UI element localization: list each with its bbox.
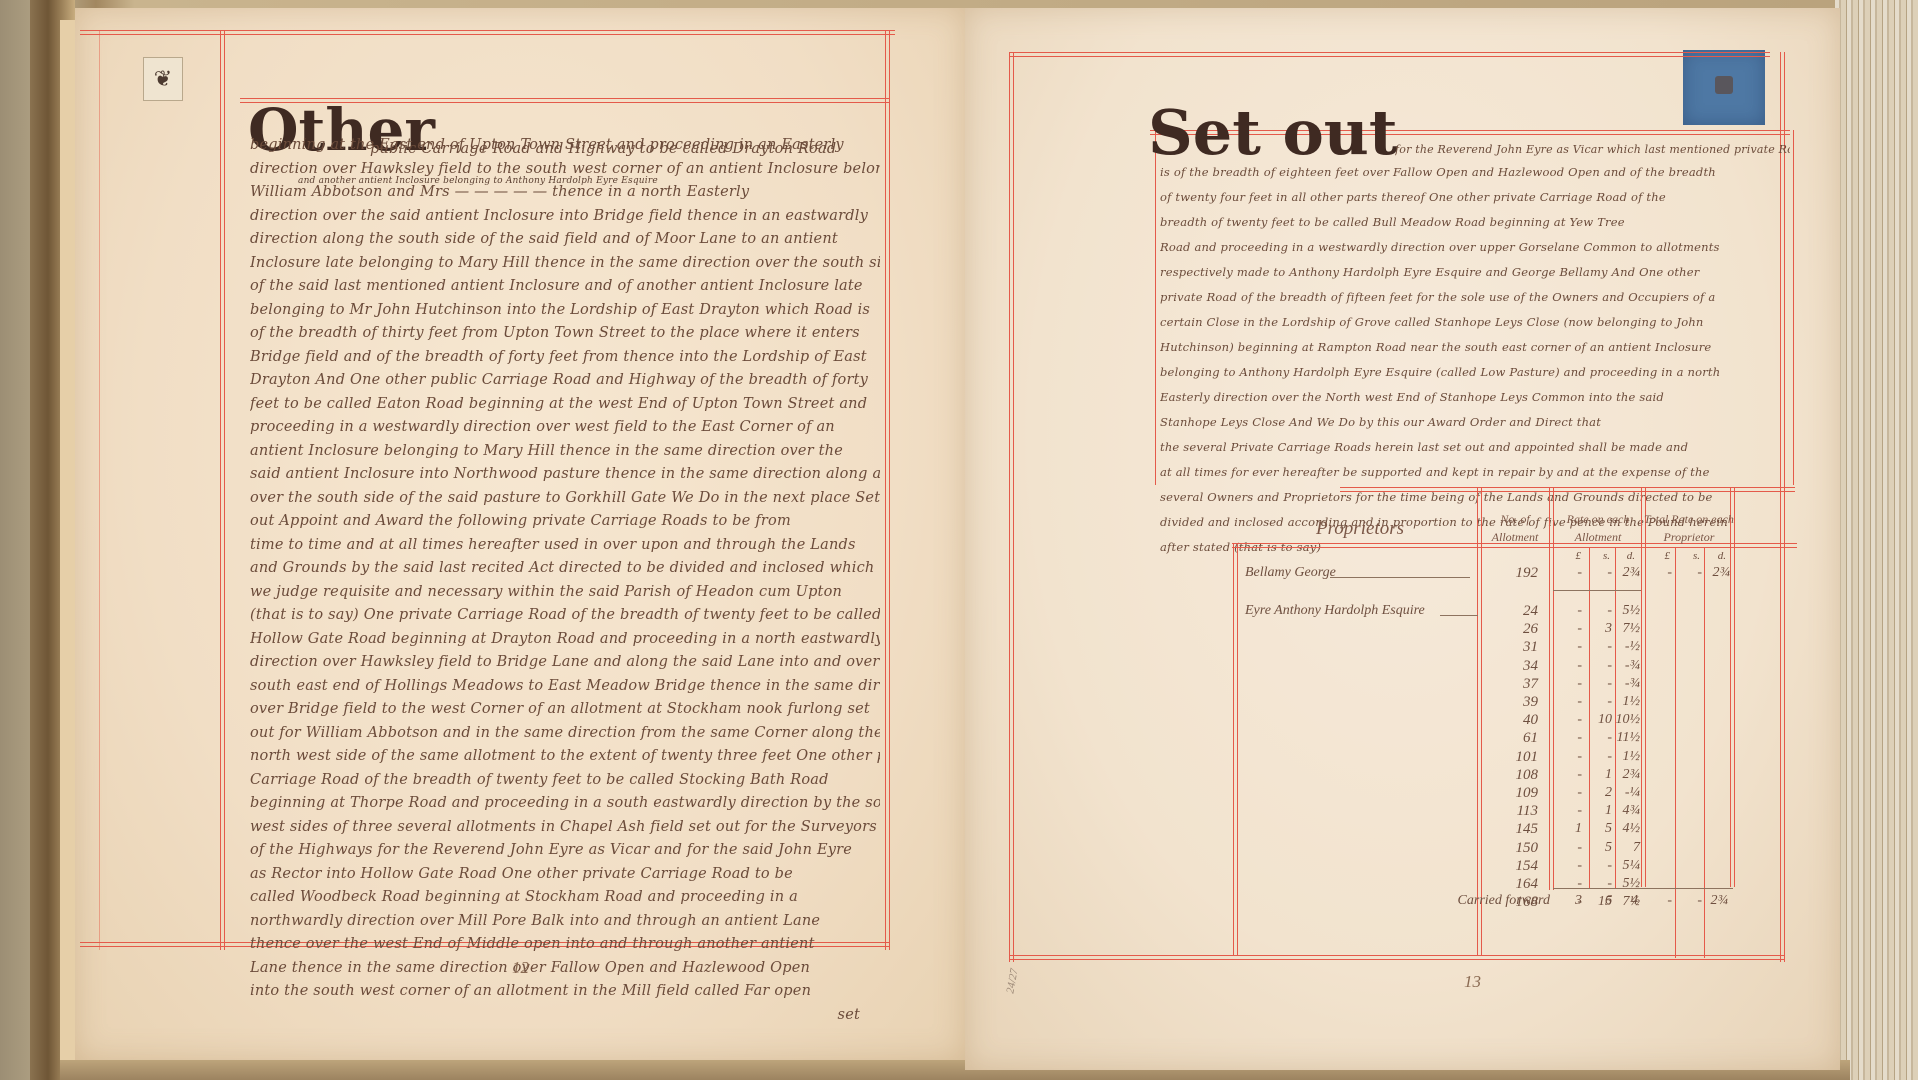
ruling-line — [885, 30, 886, 950]
table-cell-s: 3 — [1588, 621, 1612, 637]
page-number-right: 13 — [1464, 972, 1481, 992]
table-rule — [1549, 487, 1550, 890]
table-cell-l: - — [1558, 639, 1582, 655]
text-line: said antient Inclosure into Northwood pa… — [250, 463, 880, 487]
right-page-first-line: for the Reverend John Eyre as Vicar whic… — [1395, 138, 1790, 162]
text-line: Drayton And One other public Carriage Ro… — [250, 369, 880, 393]
table-cell-l: - — [1558, 730, 1582, 746]
text-line: belonging to Mr John Hutchinson into the… — [250, 299, 880, 323]
table-cell-l: - — [1558, 785, 1582, 801]
table-rule — [1340, 491, 1795, 492]
ruling-line — [1010, 959, 1785, 960]
table-cell-l: - — [1558, 694, 1582, 710]
ruling-line — [80, 34, 895, 35]
table-cell-l: - — [1558, 565, 1582, 581]
table-cell-s: - — [1588, 658, 1612, 674]
table-cell-d: 2¾ — [1612, 565, 1640, 581]
text-line: several Owners and Proprietors for the t… — [1160, 485, 1785, 510]
text-line: respectively made to Anthony Hardolph Ey… — [1160, 260, 1785, 285]
table-cell-s: - — [1588, 676, 1612, 692]
table-cell-allotment: 34 — [1488, 658, 1538, 675]
text-line: set — [250, 1004, 880, 1028]
table-rule — [1233, 543, 1234, 955]
table-cell-l: - — [1558, 603, 1582, 619]
table-rule — [1477, 487, 1478, 955]
carried-forward-label: Carried forward — [1400, 893, 1550, 909]
sum-line — [1553, 590, 1641, 591]
table-cell-l: - — [1558, 840, 1582, 856]
table-cell-l: - — [1558, 858, 1582, 874]
table-cell-allotment: 37 — [1488, 676, 1538, 693]
ruling-line — [1013, 52, 1014, 962]
revenue-stamp-icon — [1683, 50, 1765, 125]
table-cell-s: - — [1588, 876, 1612, 892]
table-cell-allotment: 61 — [1488, 730, 1538, 747]
table-cell-d: 7½ — [1612, 621, 1640, 637]
table-cell-s: - — [1588, 749, 1612, 765]
table-cell-d: 1½ — [1612, 749, 1640, 765]
table-cell-allotment: 108 — [1488, 767, 1538, 784]
text-line: south east end of Hollings Meadows to Ea… — [250, 675, 880, 699]
table-cell-allotment: 26 — [1488, 621, 1538, 638]
text-line: private Road of the breadth of fifteen f… — [1160, 285, 1785, 310]
text-line: over the south side of the said pasture … — [250, 487, 880, 511]
table-cell-s: 5 — [1588, 821, 1612, 837]
text-line: of the Highways for the Reverend John Ey… — [250, 839, 880, 863]
left-page-body: beginning at the East end of Upton Town … — [250, 134, 880, 1027]
text-line: thence over the west End of Middle open … — [250, 933, 880, 957]
left-page-first-line: public Carriage Road and Highway to be c… — [370, 138, 890, 162]
text-line: public Carriage Road and Highway to be c… — [370, 138, 890, 162]
table-cell-d: 5½ — [1612, 603, 1640, 619]
table-cell-d: -½ — [1612, 639, 1640, 655]
ruling-line — [1010, 56, 1770, 57]
text-line: we judge requisite and necessary within … — [250, 581, 880, 605]
leader-line — [1440, 615, 1478, 616]
table-cell-d: -¾ — [1612, 658, 1640, 674]
table-cell-allotment: 24 — [1488, 603, 1538, 620]
page-number-left: 12 — [512, 958, 529, 978]
ruling-line — [80, 30, 895, 31]
text-line: beginning at Thorpe Road and proceeding … — [250, 792, 880, 816]
table-rule — [1641, 487, 1642, 887]
ruling-line — [1009, 52, 1010, 962]
table-cell-d: 2¾ — [1612, 767, 1640, 783]
table-header-rate-each: Rate on each Allotment — [1552, 510, 1644, 546]
table-cell-d: 10½ — [1612, 712, 1640, 728]
text-line: antient Inclosure belonging to Mary Hill… — [250, 440, 880, 464]
table-header-proprietors: Proprietors — [1290, 520, 1430, 538]
table-cell-allotment: 150 — [1488, 840, 1538, 857]
table-cell-tl: - — [1650, 565, 1672, 581]
text-line: time to time and at all times hereafter … — [250, 534, 880, 558]
table-cell-d: -¼ — [1612, 785, 1640, 801]
text-line: and Grounds by the said last recited Act… — [250, 557, 880, 581]
table-cell-s: 10 — [1588, 712, 1612, 728]
text-line: out Appoint and Award the following priv… — [250, 510, 880, 534]
table-cell-allotment: 40 — [1488, 712, 1538, 729]
table-cell-allotment: 31 — [1488, 639, 1538, 656]
proprietor-name: Eyre Anthony Hardolph Esquire — [1245, 603, 1425, 619]
text-line: northwardly direction over Mill Pore Bal… — [250, 910, 880, 934]
carried-forward-total-pence: 2¾ — [1704, 893, 1728, 909]
text-line: certain Close in the Lordship of Grove c… — [1160, 310, 1785, 335]
table-cell-allotment: 154 — [1488, 858, 1538, 875]
table-cell-td: 2¾ — [1704, 565, 1730, 581]
table-rule — [1734, 487, 1735, 887]
carried-forward-pounds: 3 — [1558, 893, 1582, 909]
ruling-line — [1010, 52, 1770, 53]
table-cell-allotment: 39 — [1488, 694, 1538, 711]
table-cell-d: 4¾ — [1612, 803, 1640, 819]
table-cell-l: - — [1558, 767, 1582, 783]
currency-pounds: £ — [1565, 550, 1581, 562]
table-cell-allotment: 101 — [1488, 749, 1538, 766]
table-cell-d: 1½ — [1612, 694, 1640, 710]
currency-pounds: £ — [1654, 550, 1670, 562]
table-cell-s: 1 — [1588, 767, 1612, 783]
table-rule — [1553, 487, 1554, 890]
ruling-line — [889, 30, 890, 950]
table-cell-allotment: 109 — [1488, 785, 1538, 802]
text-line: direction over Hawksley field to Bridge … — [250, 651, 880, 675]
table-cell-allotment: 145 — [1488, 821, 1538, 838]
table-cell-s: - — [1588, 639, 1612, 655]
currency-shillings: s. — [1594, 550, 1610, 562]
carried-forward-total-pounds: - — [1650, 893, 1672, 909]
table-rule — [1232, 547, 1797, 548]
text-line: Hollow Gate Road beginning at Drayton Ro… — [250, 628, 880, 652]
leader-line — [1330, 577, 1470, 578]
text-line: called Woodbeck Road beginning at Stockh… — [250, 886, 880, 910]
table-rule — [1675, 548, 1676, 958]
proprietor-name: Bellamy George — [1245, 565, 1336, 581]
table-rule — [1730, 487, 1731, 887]
text-line: Carriage Road of the breadth of twenty f… — [250, 769, 880, 793]
table-cell-l: - — [1558, 676, 1582, 692]
table-rule — [1340, 487, 1795, 488]
text-line: Lane thence in the same direction over F… — [250, 957, 880, 981]
text-line: of the said last mentioned antient Inclo… — [250, 275, 880, 299]
table-cell-l: - — [1558, 658, 1582, 674]
carried-forward-total-shillings: - — [1680, 893, 1702, 909]
embossed-seal-icon: ❦ — [143, 57, 183, 101]
table-cell-allotment: 164 — [1488, 876, 1538, 893]
text-line: for the Reverend John Eyre as Vicar whic… — [1395, 138, 1790, 162]
text-line: at all times for ever hereafter be suppo… — [1160, 460, 1785, 485]
text-line: out for William Abbotson and in the same… — [250, 722, 880, 746]
table-rule — [1481, 487, 1482, 955]
table-cell-allotment: 192 — [1488, 565, 1538, 582]
carried-forward-shillings: 6 — [1590, 893, 1612, 909]
text-line: direction over the said antient Inclosur… — [250, 205, 880, 229]
table-cell-s: - — [1588, 603, 1612, 619]
text-line: feet to be called Eaton Road beginning a… — [250, 393, 880, 417]
table-header-total-rate: Total Rate on each Proprietor — [1644, 510, 1734, 546]
text-line: Easterly direction over the North west E… — [1160, 385, 1785, 410]
drop-cap-heading: Set out — [1148, 100, 1398, 166]
ruling-line — [220, 30, 221, 950]
sum-line — [1553, 888, 1733, 889]
table-cell-s: - — [1588, 565, 1612, 581]
table-cell-d: 4½ — [1612, 821, 1640, 837]
table-cell-s: - — [1588, 694, 1612, 710]
currency-shillings: s. — [1684, 550, 1700, 562]
text-line: breadth of twenty feet to be called Bull… — [1160, 210, 1785, 235]
text-line: direction along the south side of the sa… — [250, 228, 880, 252]
text-line: Road and proceeding in a westwardly dire… — [1160, 235, 1785, 260]
text-line: belonging to Anthony Hardolph Eyre Esqui… — [1160, 360, 1785, 385]
ruling-line — [1010, 955, 1785, 956]
text-line: over Bridge field to the west Corner of … — [250, 698, 880, 722]
text-line: of twenty four feet in all other parts t… — [1160, 185, 1785, 210]
text-line: Bridge field and of the breadth of forty… — [250, 346, 880, 370]
carried-forward-pence: 4 — [1614, 893, 1638, 909]
ruling-line — [99, 30, 100, 950]
table-cell-s: - — [1588, 858, 1612, 874]
table-cell-s: - — [1588, 730, 1612, 746]
text-line: as Rector into Hollow Gate Road One othe… — [250, 863, 880, 887]
table-header-allotment-no: No. of Allotment — [1480, 510, 1550, 546]
currency-pence: d. — [1619, 550, 1635, 562]
ruling-line — [1155, 130, 1156, 485]
table-rule — [1645, 487, 1646, 887]
text-line: Hutchinson) beginning at Rampton Road ne… — [1160, 335, 1785, 360]
table-cell-l: - — [1558, 712, 1582, 728]
table-cell-d: 5¼ — [1612, 858, 1640, 874]
table-cell-l: - — [1558, 621, 1582, 637]
table-cell-l: - — [1558, 749, 1582, 765]
table-cell-l: - — [1558, 803, 1582, 819]
table-cell-l: 1 — [1558, 821, 1582, 837]
interlinear-note: and another antient Inclosure belonging … — [298, 176, 658, 186]
text-line: (that is to say) One private Carriage Ro… — [250, 604, 880, 628]
table-cell-d: -¾ — [1612, 676, 1640, 692]
table-cell-ts: - — [1680, 565, 1702, 581]
page-stack-right — [1835, 0, 1918, 1080]
text-line: west sides of three several allotments i… — [250, 816, 880, 840]
currency-pence: d. — [1710, 550, 1726, 562]
text-line: Inclosure late belonging to Mary Hill th… — [250, 252, 880, 276]
text-line: is of the breadth of eighteen feet over … — [1160, 160, 1785, 185]
table-cell-s: 5 — [1588, 840, 1612, 856]
table-cell-s: 1 — [1588, 803, 1612, 819]
text-line: proceeding in a westwardly direction ove… — [250, 416, 880, 440]
table-cell-d: 7 — [1612, 840, 1640, 856]
table-cell-d: 11½ — [1612, 730, 1640, 746]
table-cell-l: - — [1558, 876, 1582, 892]
table-cell-d: 5½ — [1612, 876, 1640, 892]
table-cell-s: 2 — [1588, 785, 1612, 801]
text-line: of the breadth of thirty feet from Upton… — [250, 322, 880, 346]
table-rule — [1237, 543, 1238, 955]
ruling-line — [224, 30, 225, 950]
text-line: the several Private Carriage Roads herei… — [1160, 435, 1785, 460]
text-line: Stanhope Leys Close And We Do by this ou… — [1160, 410, 1785, 435]
right-page-body: is of the breadth of eighteen feet over … — [1160, 160, 1785, 560]
table-cell-allotment: 113 — [1488, 803, 1538, 820]
text-line: north west side of the same allotment to… — [250, 745, 880, 769]
ruling-line — [1793, 130, 1794, 485]
text-line: into the south west corner of an allotme… — [250, 980, 880, 1004]
